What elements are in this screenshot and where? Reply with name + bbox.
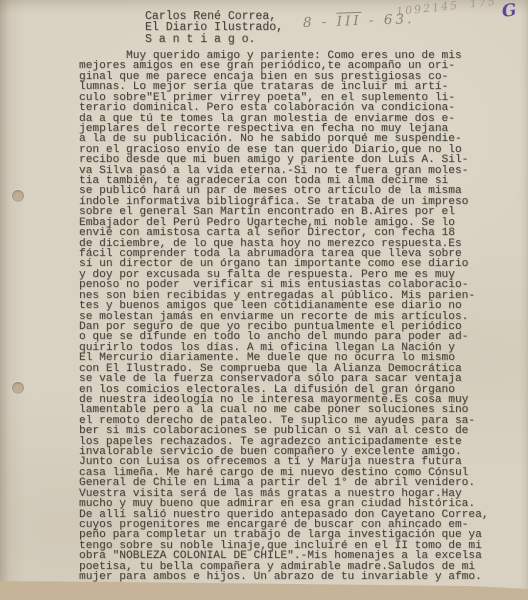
recipient-address: Carlos René Correa, El Diario Ilustrado,… [145,11,283,45]
scan-background: 1092145 175 G Carlos René Correa, El Dia… [0,0,528,600]
handwritten-date: 8 - III - 63. [303,11,415,31]
punch-hole-top [12,190,24,202]
letter-body-text: Muy querido amigo y pariente: Como eres … [79,51,489,583]
purple-initial-mark: G [501,0,518,22]
punch-hole-bottom [12,382,24,394]
date-year: - 63. [361,11,414,29]
date-day: 8 - [303,14,337,31]
letter-page: 1092145 175 G Carlos René Correa, El Dia… [0,0,528,600]
date-month-roman: III [336,13,362,30]
